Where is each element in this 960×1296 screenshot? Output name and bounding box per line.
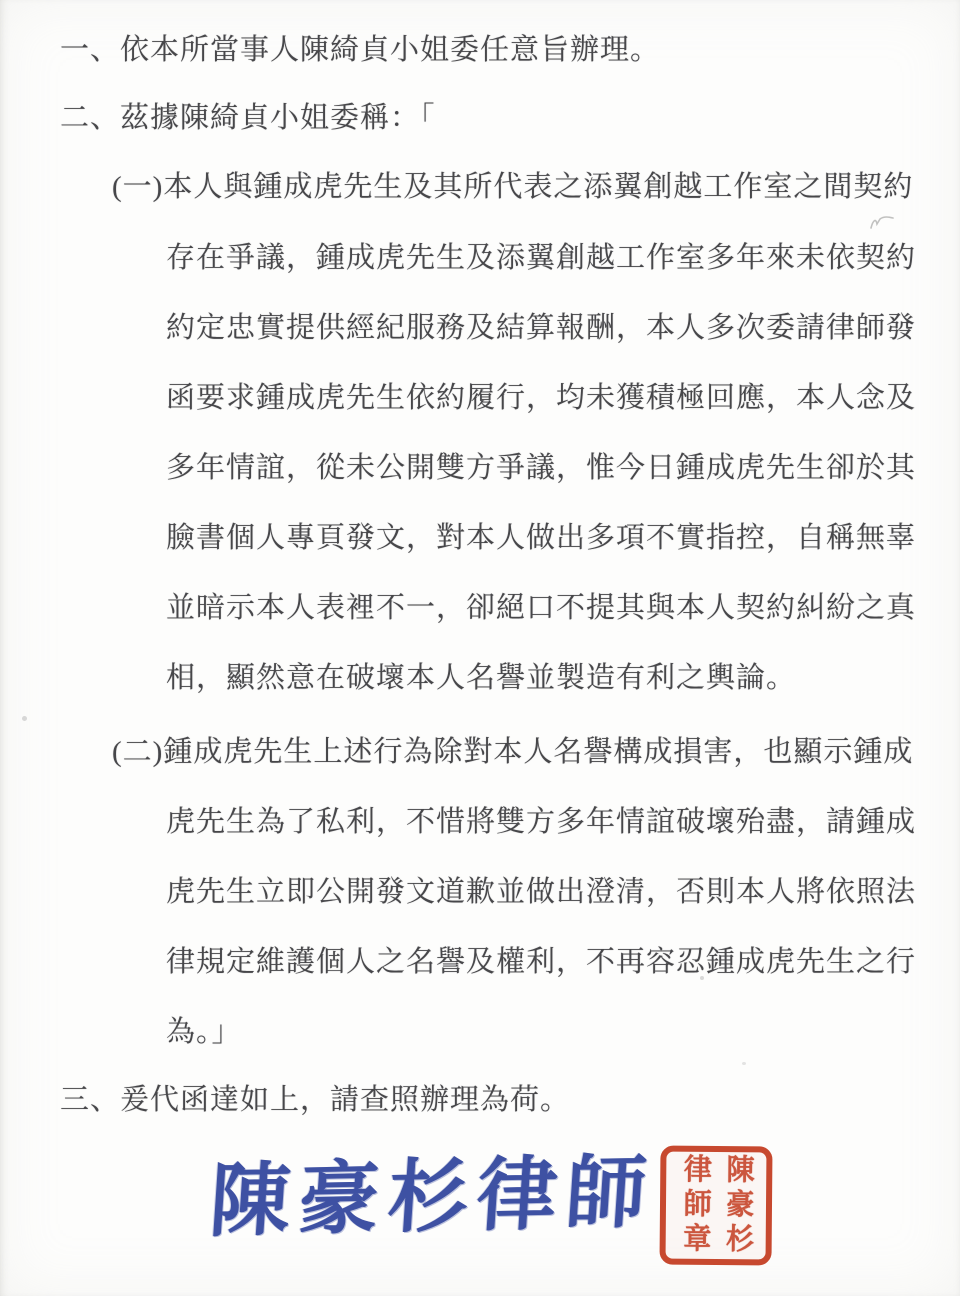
body-line: 虎先生為了私利，不惜將雙方多年情誼破壞殆盡，請鍾成	[166, 805, 916, 839]
lawyer-seal: 陳豪杉 律師章	[659, 1146, 772, 1266]
body-line: 約定忠實提供經紀服務及結算報酬，本人多次委請律師發	[166, 311, 916, 345]
body-line: 臉書個人專頁發文，對本人做出多項不實指控，自稱無辜	[166, 521, 916, 555]
body-line: 存在爭議，鍾成虎先生及添翼創越工作室多年來未依契約	[166, 241, 916, 275]
scan-speck	[22, 716, 27, 721]
body-line: (二)鍾成虎先生上述行為除對本人名譽構成損害，也顯示鍾成	[112, 735, 913, 769]
scan-speck	[742, 1062, 746, 1065]
body-line: 虎先生立即公開發文道歉並做出澄清，否則本人將依照法	[166, 875, 916, 909]
body-line: 相，顯然意在破壞本人名譽並製造有利之輿論。	[166, 661, 796, 695]
scan-speck	[700, 976, 704, 980]
body-line: 律規定維護個人之名譽及權利，不再容忍鍾成虎先生之行	[166, 945, 916, 979]
body-line: 一、依本所當事人陳綺貞小姐委任意旨辦理。	[60, 33, 660, 67]
seal-column-right: 陳豪杉	[723, 1154, 752, 1258]
pencil-mark	[868, 212, 896, 232]
body-line: 二、茲據陳綺貞小姐委稱：「	[60, 101, 436, 135]
body-line: 多年情誼，從未公開雙方爭議，惟今日鍾成虎先生卻於其	[166, 451, 916, 485]
body-line: 函要求鍾成虎先生依約履行，均未獲積極回應，本人念及	[166, 381, 916, 415]
scanned-letter-page: 一、依本所當事人陳綺貞小姐委任意旨辦理。 二、茲據陳綺貞小姐委稱：「 (一)本人…	[0, 0, 960, 1296]
body-line: 並暗示本人表裡不一，卻絕口不提其與本人契約糾紛之真	[166, 591, 916, 625]
seal-column-left: 律師章	[680, 1153, 709, 1257]
body-line: 三、爰代函達如上，請查照辦理為荷。	[60, 1083, 570, 1117]
lawyer-signature: 陳豪杉律師	[207, 1145, 658, 1250]
body-line: (一)本人與鍾成虎先生及其所代表之添翼創越工作室之間契約	[112, 170, 913, 204]
body-line: 為。」	[166, 1015, 242, 1049]
